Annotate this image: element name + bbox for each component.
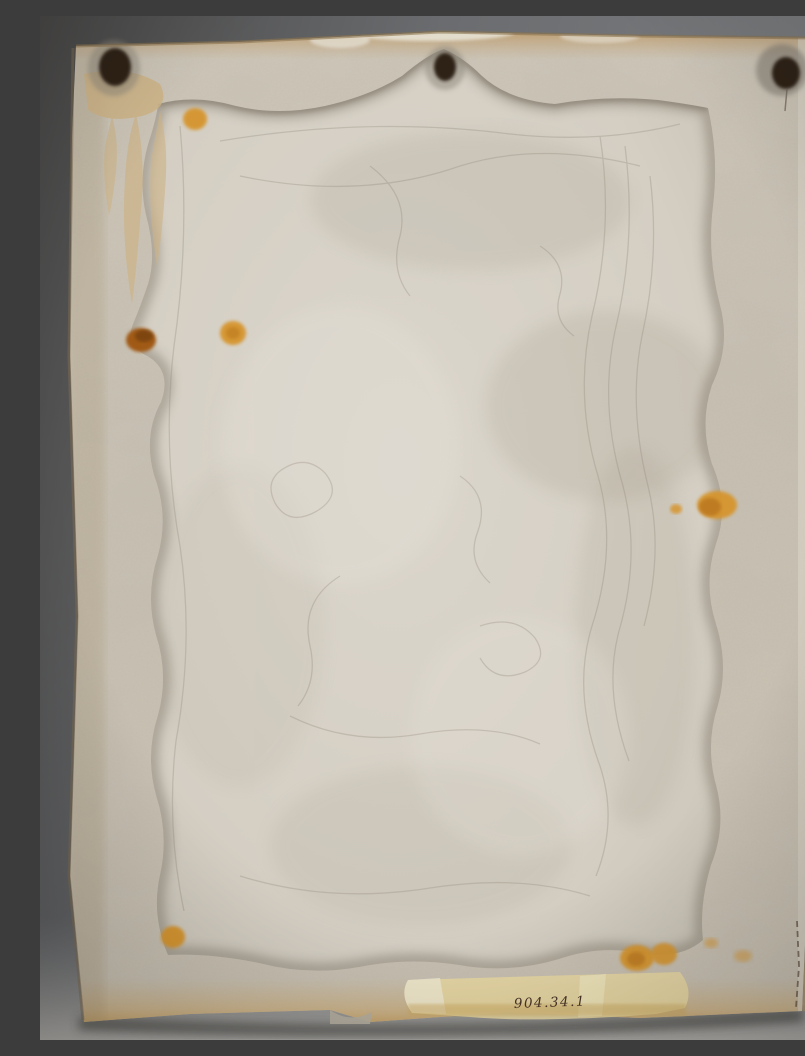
photo-vignette [40,16,805,1040]
artifact-photo: 904.34.1 Verso (back) of a plaster relie… [40,16,805,1040]
